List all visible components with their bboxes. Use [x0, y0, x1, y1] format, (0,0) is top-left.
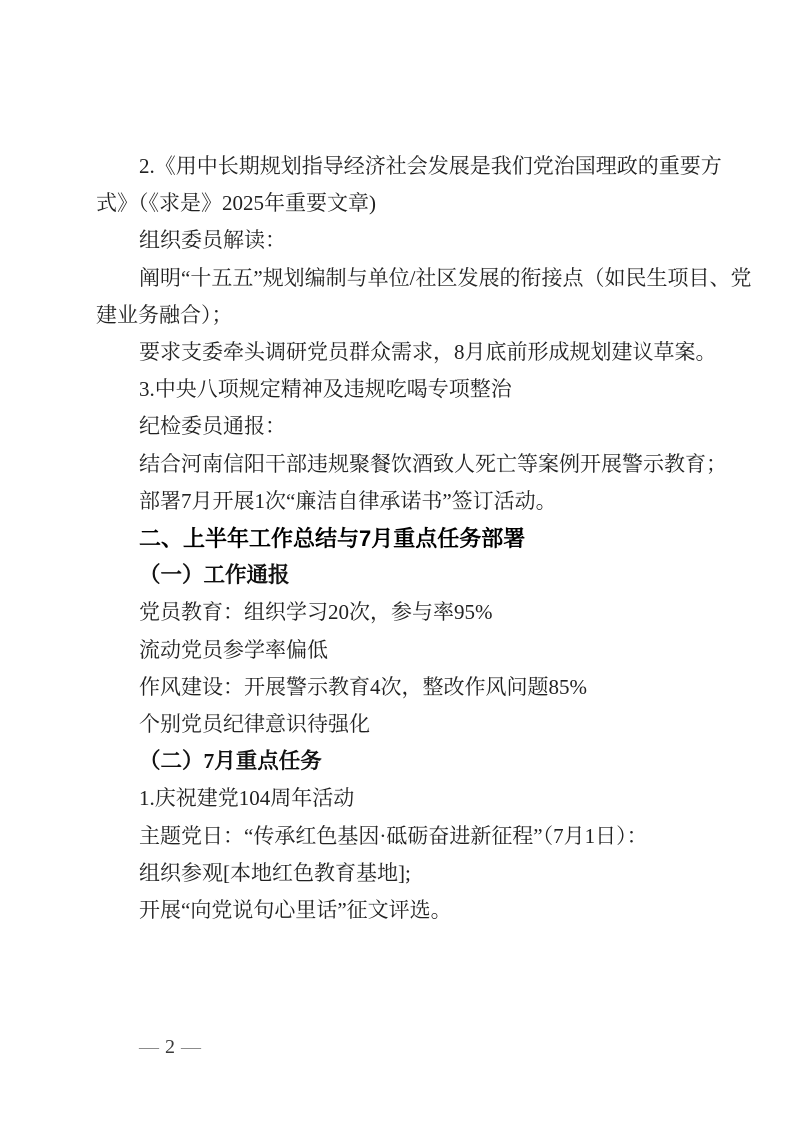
document-line: （一）工作通报: [96, 557, 708, 594]
document-line: 建业务融合）；: [96, 297, 708, 334]
document-line: 个别党员纪律意识待强化: [96, 706, 708, 743]
document-line: 3.中央八项规定精神及违规吃喝专项整治: [96, 371, 708, 408]
document-line: 组织参观[本地红色教育基地];: [96, 855, 708, 892]
page-footer: —2—: [133, 1034, 207, 1060]
document-line: 1.庆祝建党104周年活动: [96, 780, 708, 817]
document-line: 流动党员参学率偏低: [96, 632, 708, 669]
document-line: 要求支委牵头调研党员群众需求，8月底前形成规划建议草案。: [96, 334, 708, 371]
document-line: 结合河南信阳干部违规聚餐饮酒致人死亡等案例开展警示教育；: [96, 446, 708, 483]
document-page: 2.《用中长期规划指导经济社会发展是我们党治国理政的重要方式》（《求是》2025…: [0, 0, 794, 1122]
document-line: （二）7月重点任务: [96, 743, 708, 780]
document-line: 阐明“十五五”规划编制与单位/社区发展的衔接点（如民生项目、党: [96, 260, 708, 297]
document-line: 部署7月开展1次“廉洁自律承诺书”签订活动。: [96, 483, 708, 520]
document-line: 2.《用中长期规划指导经济社会发展是我们党治国理政的重要方: [96, 148, 708, 185]
document-line: 党员教育：组织学习20次，参与率95%: [96, 594, 708, 631]
document-body: 2.《用中长期规划指导经济社会发展是我们党治国理政的重要方式》（《求是》2025…: [96, 148, 708, 929]
footer-dash-right: —: [175, 1036, 207, 1058]
page-number: 2: [165, 1036, 175, 1058]
document-line: 主题党日：“传承红色基因·砥砺奋进新征程”（7月1日）：: [96, 818, 708, 855]
document-line: 作风建设：开展警示教育4次，整改作风问题85%: [96, 669, 708, 706]
document-line: 式》（《求是》2025年重要文章): [96, 185, 708, 222]
document-line: 组织委员解读：: [96, 222, 708, 259]
document-line: 开展“向党说句心里话”征文评选。: [96, 892, 708, 929]
footer-dash-left: —: [133, 1036, 165, 1058]
document-line: 纪检委员通报：: [96, 408, 708, 445]
document-line: 二、上半年工作总结与7月重点任务部署: [96, 520, 708, 557]
